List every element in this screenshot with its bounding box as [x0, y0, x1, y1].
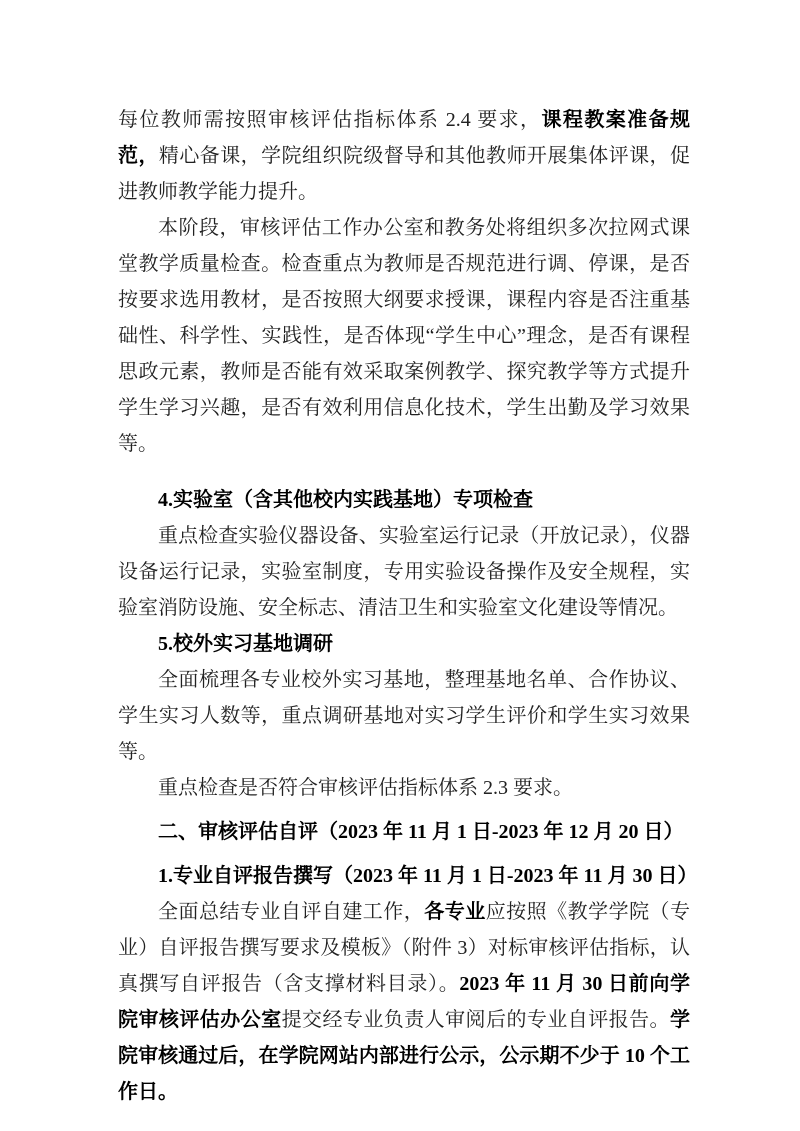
text-run: 全面总结专业自评自建工作，	[158, 901, 424, 923]
heading-offcampus-bases: 5.校外实习基地调研	[118, 626, 690, 662]
para-indicator-2-3: 重点检查是否符合审核评估指标体系 2.3 要求。	[118, 770, 690, 806]
para-report-requirements: 全面总结专业自评自建工作，各专业应按照《教学学院（专业）自评报告撰写要求及模板》…	[118, 894, 690, 1110]
text-run: 重点检查是否符合审核评估指标体系 2.3 要求。	[158, 777, 573, 799]
heading-lab-inspection: 4.实验室（含其他校内实践基地）专项检查	[118, 482, 690, 518]
text-run: 重点检查实验仪器设备、实验室运行记录（开放记录），仪器设备运行记录，实验室制度，…	[118, 525, 690, 619]
para-offcampus-survey: 全面梳理各专业校外实习基地，整理基地名单、合作协议、学生实习人数等，重点调研基地…	[118, 662, 690, 770]
text-run: 全面梳理各专业校外实习基地，整理基地名单、合作协议、学生实习人数等，重点调研基地…	[118, 669, 690, 763]
para-classroom-quality-check: 本阶段，审核评估工作办公室和教务处将组织多次拉网式课堂教学质量检查。检查重点为教…	[118, 210, 690, 462]
text-run: 各专业	[424, 901, 485, 923]
text-run: 提交经专业负责人审阅后的专业自评报告。	[282, 1009, 670, 1031]
document-content: 每位教师需按照审核评估指标体系 2.4 要求，课程教案准备规范，精心备课，学院组…	[118, 102, 690, 1110]
para-lab-check-details: 重点检查实验仪器设备、实验室运行记录（开放记录），仪器设备运行记录，实验室制度，…	[118, 518, 690, 626]
text-run: 本阶段，审核评估工作办公室和教务处将组织多次拉网式课堂教学质量检查。检查重点为教…	[118, 217, 690, 455]
text-run: 5.校外实习基地调研	[158, 633, 333, 655]
text-run: 精心备课，学院组织院级督导和其他教师开展集体评课，促进教师教学能力提升。	[118, 145, 690, 203]
text-run: 4.实验室（含其他校内实践基地）专项检查	[158, 489, 533, 511]
text-run: 二、审核评估自评（2023 年 11 月 1 日-2023 年 12 月 20 …	[158, 821, 684, 843]
para-teacher-requirements: 每位教师需按照审核评估指标体系 2.4 要求，课程教案准备规范，精心备课，学院组…	[118, 102, 690, 210]
heading-section-2-self-evaluation: 二、审核评估自评（2023 年 11 月 1 日-2023 年 12 月 20 …	[118, 814, 690, 850]
text-run: 1.专业自评报告撰写（2023 年 11 月 1 日-2023 年 11 月 3…	[158, 865, 697, 887]
document-page: 每位教师需按照审核评估指标体系 2.4 要求，课程教案准备规范，精心备课，学院组…	[0, 0, 800, 1131]
text-run: 每位教师需按照审核评估指标体系 2.4 要求，	[118, 109, 541, 131]
heading-report-writing: 1.专业自评报告撰写（2023 年 11 月 1 日-2023 年 11 月 3…	[118, 858, 690, 894]
